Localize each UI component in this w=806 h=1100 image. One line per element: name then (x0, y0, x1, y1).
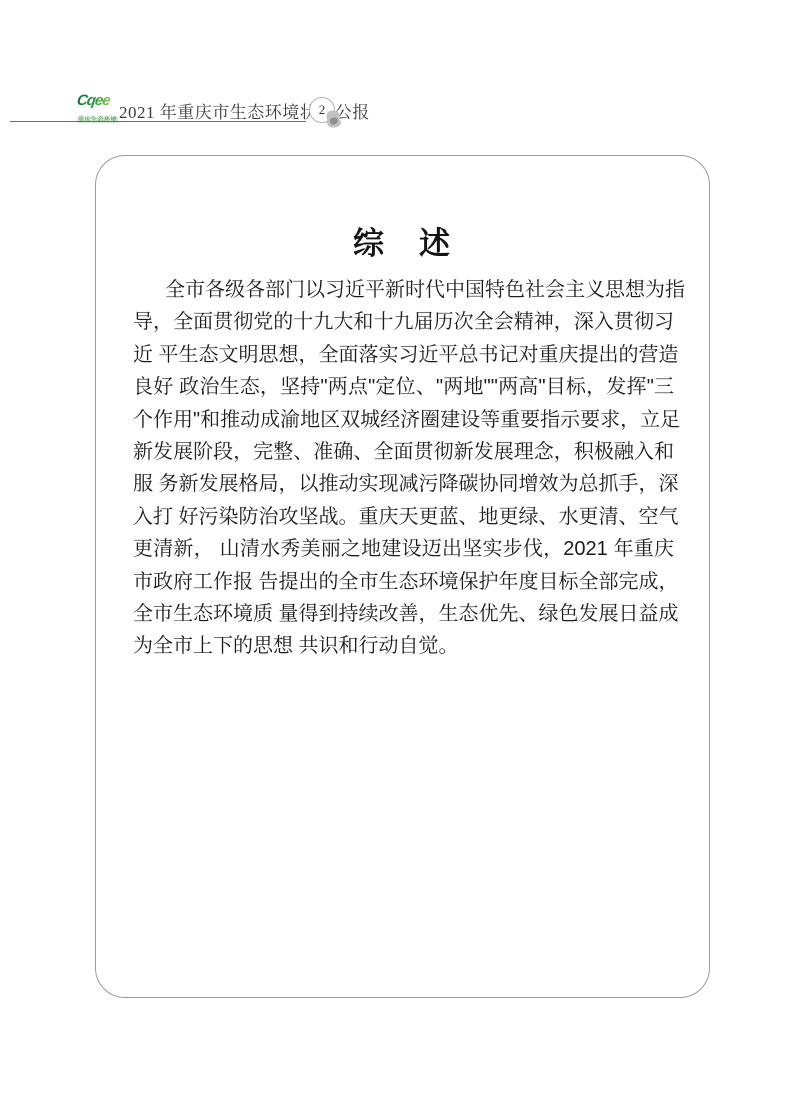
summary-paragraph: 全市各级各部门以习近平新时代中国特色社会主义思想为指 导，全面贯彻党的十九大和十… (133, 274, 674, 663)
paragraph-line: 全市各级各部门以习近平新时代中国特色社会主义思想为指 (133, 274, 674, 306)
paragraph-line: 为全市上下的思想 共识和行动自觉。 (133, 630, 674, 662)
paragraph-line: 良好 政治生态，坚持"两点"定位、"两地""两高"目标，发挥"三 (133, 371, 674, 403)
cqee-logo-subtext: 重庆生态环境 (77, 117, 118, 123)
header-divider (10, 121, 306, 122)
cqee-logo-wordmark: Cqee (76, 93, 111, 108)
paragraph-line: 导，全面贯彻党的十九大和十九届历次全会精神，深入贯彻习 (133, 306, 674, 338)
content-frame: 综 述 全市各级各部门以习近平新时代中国特色社会主义思想为指 导，全面贯彻党的十… (95, 155, 710, 998)
paragraph-line: 个作用"和推动成渝地区双城经济圈建设等重要指示要求，立足 (133, 404, 674, 436)
paragraph-line: 近 平生态文明思想，全面落实习近平总书记对重庆提出的营造 (133, 339, 674, 371)
document-page: Cqee 重庆生态环境 2021 年重庆市生态环境状况公报 2 综 述 全市各级… (0, 0, 806, 1100)
section-title: 综 述 (96, 218, 709, 263)
paragraph-line: 市政府工作报 告提出的全市生态环境保护年度目标全部完成， (133, 566, 674, 598)
paragraph-line: 全市生态环境质 量得到持续改善，生态优先、绿色发展日益成 (133, 598, 674, 630)
paragraph-line: 新发展阶段，完整、准确、全面贯彻新发展理念，积极融入和 (133, 436, 674, 468)
paragraph-line: 更清新， 山清水秀美丽之地建设迈出坚实步伐，2021 年重庆 (133, 533, 674, 565)
paragraph-line: 服 务新发展格局，以推动实现减污降碳协同增效为总抓手，深 (133, 468, 674, 500)
ink-flourish-icon (325, 109, 343, 129)
paragraph-line: 入打 好污染防治攻坚战。重庆天更蓝、地更绿、水更清、空气 (133, 501, 674, 533)
